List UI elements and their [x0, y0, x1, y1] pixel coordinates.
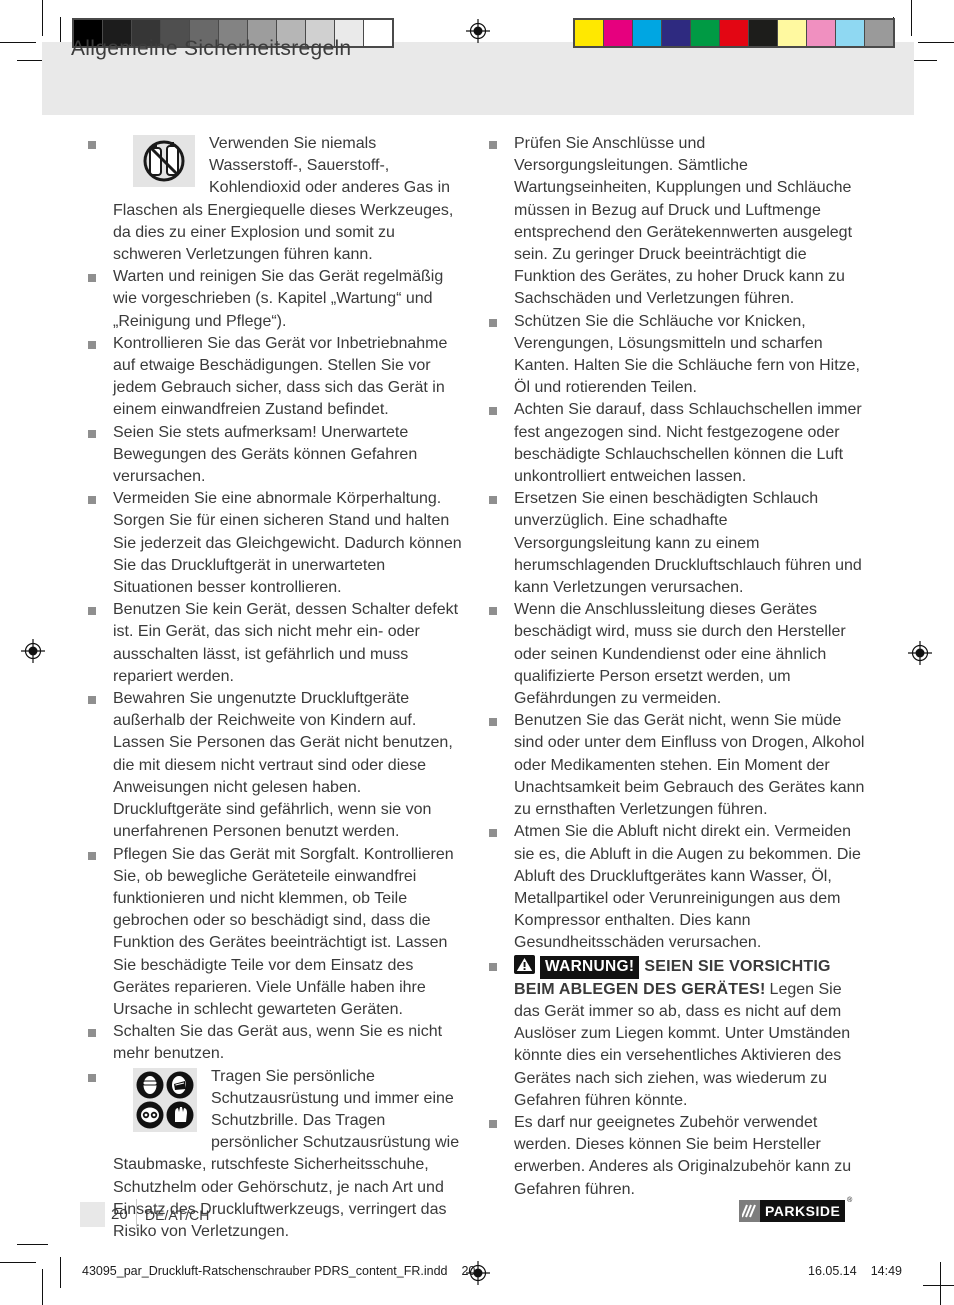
safety-rule: Vermeiden Sie eine abnormale Körperhaltu… [88, 488, 466, 599]
safety-rule: Achten Sie darauf, dass Schlauchschellen… [489, 399, 867, 488]
color-swatch [836, 20, 865, 46]
bullet-square [88, 430, 96, 438]
safety-rule-text: Achten Sie darauf, dass Schlauchschellen… [514, 399, 867, 488]
safety-rule: Benutzen Sie kein Gerät, dessen Schalter… [88, 599, 466, 688]
crop-mark [0, 1262, 36, 1263]
safety-rules-list: Prüfen Sie Anschlüsse und Versorgungslei… [489, 133, 867, 1201]
safety-rule-warning: WARNUNG!SEIEN SIE VORSICHTIG BEIM ABLEGE… [489, 955, 867, 1112]
safety-rule-text: Schalten Sie das Gerät aus, wenn Sie es … [113, 1021, 466, 1065]
registration-mark-icon [21, 639, 45, 663]
bullet-square [88, 696, 96, 704]
warning-body-text: Legen Sie das Gerät immer so ab, dass es… [514, 981, 850, 1109]
safety-rule: Bewahren Sie ungenutzte Druckluftgeräte … [88, 688, 466, 843]
bullet-square [88, 496, 96, 504]
crop-mark [918, 42, 954, 43]
right-column: Prüfen Sie Anschlüsse und Versorgungslei… [489, 133, 867, 1201]
color-swatch [575, 20, 604, 46]
safety-rule-text: Atmen Sie die Abluft nicht direkt ein. V… [514, 821, 867, 954]
crop-mark [17, 1244, 48, 1245]
safety-rule: Atmen Sie die Abluft nicht direkt ein. V… [489, 821, 867, 954]
safety-rule-text: Warten und reinigen Sie das Gerät regelm… [113, 266, 466, 333]
bullet-square [489, 407, 497, 415]
safety-rule-text: Vermeiden Sie eine abnormale Körperhaltu… [113, 488, 466, 599]
footer-page-number: 20 [111, 1206, 128, 1223]
manual-page: Allgemeine Sicherheitsregeln Verwenden [0, 0, 954, 1305]
bullet-square [88, 274, 96, 282]
crop-mark [923, 1285, 954, 1286]
safety-rule-text: Benutzen Sie kein Gerät, dessen Schalter… [113, 599, 466, 688]
print-sheet-number: 20 [461, 1264, 475, 1278]
footer-gray-square [80, 1202, 105, 1227]
bullet-square [489, 963, 497, 971]
safety-rule: Schützen Sie die Schläuche vor Knicken, … [489, 311, 867, 400]
safety-rule-text: Ersetzen Sie einen beschädigten Schlauch… [514, 488, 867, 599]
bullet-square [489, 718, 497, 726]
bullet-square [489, 607, 497, 615]
registration-mark-icon [466, 19, 490, 43]
crop-mark [42, 1269, 43, 1305]
safety-rule-text: Kontrollieren Sie das Gerät vor Inbetrie… [113, 333, 466, 422]
bullet-square [88, 852, 96, 860]
safety-rule: Verwenden Sie niemals Wasserstoff-, Saue… [88, 133, 466, 266]
safety-rules-list: Verwenden Sie niemals Wasserstoff-, Saue… [88, 133, 466, 1243]
safety-rule-text: Pflegen Sie das Gerät mit Sorgfalt. Kont… [113, 844, 466, 1022]
color-swatch [865, 20, 893, 46]
warning-triangle-icon [514, 955, 535, 974]
crop-mark [911, 0, 912, 36]
safety-rule: Warten und reinigen Sie das Gerät regelm… [88, 266, 466, 333]
bullet-square [489, 141, 497, 149]
bullet-square [88, 1074, 96, 1082]
safety-rule-text: Seien Sie stets aufmerksam! Unerwartete … [113, 422, 466, 489]
page-title: Allgemeine Sicherheitsregeln [71, 37, 351, 61]
footer-divider [136, 1199, 137, 1229]
print-date: 16.05.14 [808, 1264, 857, 1278]
safety-rule: Prüfen Sie Anschlüsse und Versorgungslei… [489, 133, 867, 311]
color-swatch [778, 20, 807, 46]
parkside-logo: PARKSIDE ® [739, 1200, 845, 1222]
bullet-square [88, 141, 96, 149]
safety-rule-text: Schützen Sie die Schläuche vor Knicken, … [514, 311, 867, 400]
bullet-square [88, 341, 96, 349]
bullet-square [88, 607, 96, 615]
crop-mark [0, 42, 36, 43]
safety-rule: Schalten Sie das Gerät aus, wenn Sie es … [88, 1021, 466, 1065]
safety-rule-text: Prüfen Sie Anschlüsse und Versorgungslei… [514, 133, 867, 311]
bullet-square [489, 496, 497, 504]
print-time: 14:49 [871, 1264, 902, 1278]
safety-rule-text: Benutzen Sie das Gerät nicht, wenn Sie m… [514, 710, 867, 821]
personal-protective-equipment-icons [133, 1068, 197, 1132]
warning-badge: WARNUNG! [540, 956, 639, 979]
registered-trademark-mark: ® [847, 1197, 852, 1204]
bullet-square [489, 1120, 497, 1128]
safety-rule: Ersetzen Sie einen beschädigten Schlauch… [489, 488, 867, 599]
print-file-name: 43095_par_Druckluft-Ratschenschrauber PD… [82, 1264, 447, 1278]
color-swatch [720, 20, 749, 46]
footer-region-label: DE/AT/CH [145, 1207, 209, 1223]
warning-text-block: WARNUNG!SEIEN SIE VORSICHTIG BEIM ABLEGE… [514, 955, 867, 1112]
safety-rule-text-block: Verwenden Sie niemals Wasserstoff-, Saue… [113, 133, 466, 266]
bullet-square [489, 319, 497, 327]
parkside-brand-name: PARKSIDE [760, 1200, 845, 1222]
safety-rule: Es darf nur geeignetes Zubehör verwendet… [489, 1112, 867, 1201]
color-calibration-bar [573, 18, 895, 48]
safety-rule: Seien Sie stets aufmerksam! Unerwartete … [88, 422, 466, 489]
color-swatch [691, 20, 720, 46]
crop-mark [940, 1262, 941, 1305]
crop-mark [42, 0, 43, 36]
color-swatch [604, 20, 633, 46]
color-swatch [662, 20, 691, 46]
crop-mark [60, 1257, 61, 1288]
safety-rule-text: Wenn die Anschlussleitung dieses Gerätes… [514, 599, 867, 710]
color-swatch [807, 20, 836, 46]
gas-cylinders-prohibition-icon [133, 135, 195, 187]
safety-rule: Kontrollieren Sie das Gerät vor Inbetrie… [88, 333, 466, 422]
safety-rule: Benutzen Sie das Gerät nicht, wenn Sie m… [489, 710, 867, 821]
left-column: Verwenden Sie niemals Wasserstoff-, Saue… [88, 133, 466, 1243]
parkside-slashes-icon [739, 1200, 760, 1222]
color-swatch [749, 20, 778, 46]
bullet-square [88, 1029, 96, 1037]
safety-rule: Wenn die Anschlussleitung dieses Gerätes… [489, 599, 867, 710]
safety-rule-text: Es darf nur geeignetes Zubehör verwendet… [514, 1112, 867, 1201]
safety-rule: Pflegen Sie das Gerät mit Sorgfalt. Kont… [88, 844, 466, 1022]
print-file-info: 43095_par_Druckluft-Ratschenschrauber PD… [82, 1264, 475, 1278]
color-swatch [633, 20, 662, 46]
safety-rule-text: Bewahren Sie ungenutzte Druckluftgeräte … [113, 688, 466, 843]
registration-mark-icon [908, 641, 932, 665]
bullet-square [489, 829, 497, 837]
print-date-time: 16.05.1414:49 [808, 1264, 902, 1278]
color-swatch [364, 20, 392, 46]
